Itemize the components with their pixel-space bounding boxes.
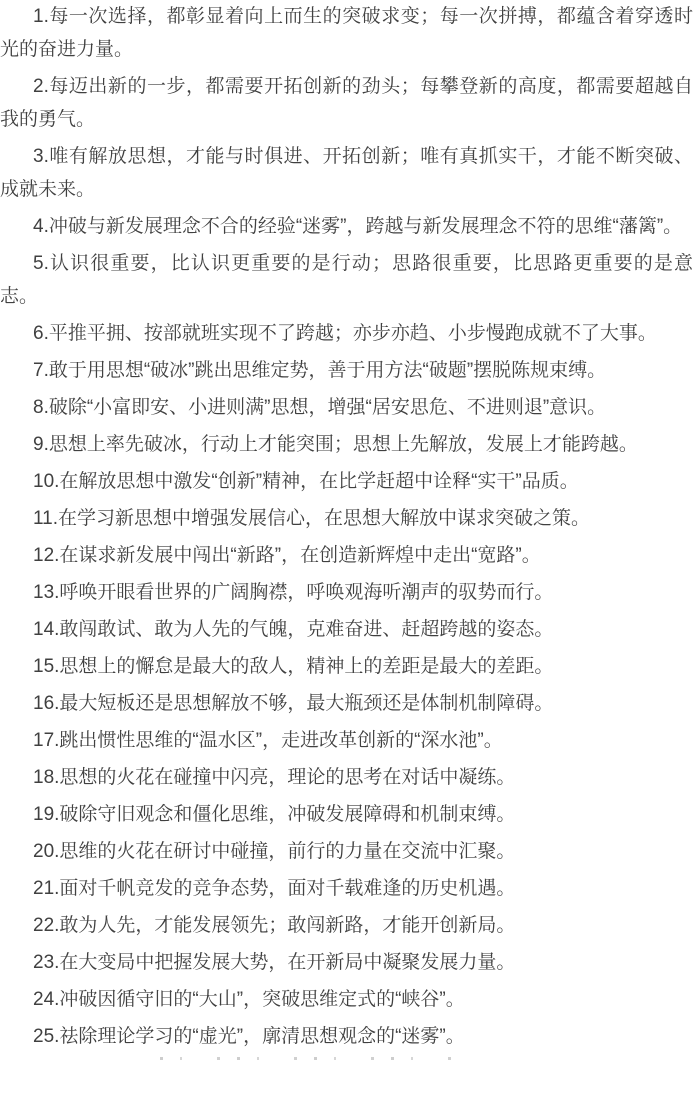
list-item: 14.敢闯敢试、敢为人先的气魄，克难奋进、赶超跨越的姿态。 <box>0 613 693 646</box>
list-item: 20.思维的火花在研讨中碰撞，前行的力量在交流中汇聚。 <box>0 835 693 868</box>
document-body: 1.每一次选择，都彰显着向上而生的突破求变；每一次拼搏，都蕴含着穿透时光的奋进力… <box>0 0 693 1097</box>
list-item: 4.冲破与新发展理念不合的经验“迷雾”，跨越与新发展理念不符的思维“藩篱”。 <box>0 210 693 243</box>
list-item: 13.呼唤开眼看世界的广阔胸襟，呼唤观海听潮声的驭势而行。 <box>0 576 693 609</box>
list-item: 2.每迈出新的一步，都需要开拓创新的劲头；每攀登新的高度，都需要超越自我的勇气。 <box>0 70 693 136</box>
list-item: 16.最大短板还是思想解放不够，最大瓶颈还是体制机制障碍。 <box>0 687 693 720</box>
list-item: 10.在解放思想中激发“创新”精神，在比学赶超中诠释“实干”品质。 <box>0 465 693 498</box>
list-item: 19.破除守旧观念和僵化思维，冲破发展障碍和机制束缚。 <box>0 798 693 831</box>
list-item: 18.思想的火花在碰撞中闪亮，理论的思考在对话中凝练。 <box>0 761 693 794</box>
list-item: 23.在大变局中把握发展大势，在开新局中凝聚发展力量。 <box>0 946 693 979</box>
list-item: 25.祛除理论学习的“虚光”，廓清思想观念的“迷雾”。 <box>0 1020 693 1053</box>
list-item: 8.破除“小富即安、小进则满”思想，增强“居安思危、不进则退”意识。 <box>0 391 693 424</box>
list-item: 5.认识很重要，比认识更重要的是行动；思路很重要，比思路更重要的是意志。 <box>0 247 693 313</box>
cut-off-next-line <box>160 1057 455 1060</box>
list-item: 7.敢于用思想“破冰”跳出思维定势，善于用方法“破题”摆脱陈规束缚。 <box>0 354 693 387</box>
list-item: 24.冲破因循守旧的“大山”，突破思维定式的“峡谷”。 <box>0 983 693 1016</box>
list-item: 9.思想上率先破冰，行动上才能突围；思想上先解放，发展上才能跨越。 <box>0 428 693 461</box>
list-item: 1.每一次选择，都彰显着向上而生的突破求变；每一次拼搏，都蕴含着穿透时光的奋进力… <box>0 0 693 66</box>
list-item: 22.敢为人先，才能发展领先；敢闯新路，才能开创新局。 <box>0 909 693 942</box>
list-item: 12.在谋求新发展中闯出“新路”，在创造新辉煌中走出“宽路”。 <box>0 539 693 572</box>
sentence-list: 1.每一次选择，都彰显着向上而生的突破求变；每一次拼搏，都蕴含着穿透时光的奋进力… <box>0 0 693 1053</box>
list-item: 17.跳出惯性思维的“温水区”，走进改革创新的“深水池”。 <box>0 724 693 757</box>
list-item: 11.在学习新思想中增强发展信心，在思想大解放中谋求突破之策。 <box>0 502 693 535</box>
list-item: 15.思想上的懈怠是最大的敌人，精神上的差距是最大的差距。 <box>0 650 693 683</box>
list-item: 6.平推平拥、按部就班实现不了跨越；亦步亦趋、小步慢跑成就不了大事。 <box>0 317 693 350</box>
list-item: 21.面对千帆竞发的竞争态势，面对千载难逢的历史机遇。 <box>0 872 693 905</box>
list-item: 3.唯有解放思想，才能与时俱进、开拓创新；唯有真抓实干，才能不断突破、成就未来。 <box>0 140 693 206</box>
